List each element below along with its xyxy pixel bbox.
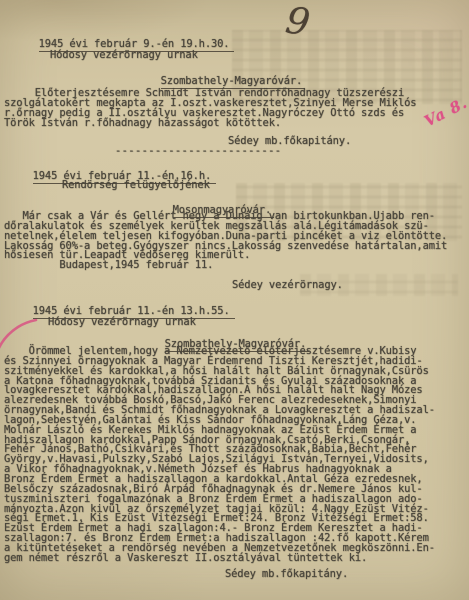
- section1-addressee: Hódosy vezérörnagy urnak: [50, 51, 198, 61]
- section-separator: -------------------------: [115, 147, 281, 157]
- section3-signature: Sédey mb.főkapitány.: [225, 570, 348, 580]
- section2-signature: Sédey vezérörnagy.: [232, 281, 343, 291]
- section1-body: Előterjesztésemre Schmidt István rendörf…: [4, 89, 466, 128]
- section2-addressee: Rendörség felügyelőjének: [62, 181, 210, 191]
- document-page: 9 Va 8. 1945 évi február 9.-én 19.h.30. …: [0, 0, 469, 600]
- section3-addressee: Hódosy vezérörnagy urnak: [48, 318, 196, 328]
- section2-body: Már csak a Vár és Gellért hegy a Dunáig …: [4, 212, 468, 271]
- section3-body: Örömmel jelentem,hogy a Nemzetvezető elő…: [4, 347, 468, 564]
